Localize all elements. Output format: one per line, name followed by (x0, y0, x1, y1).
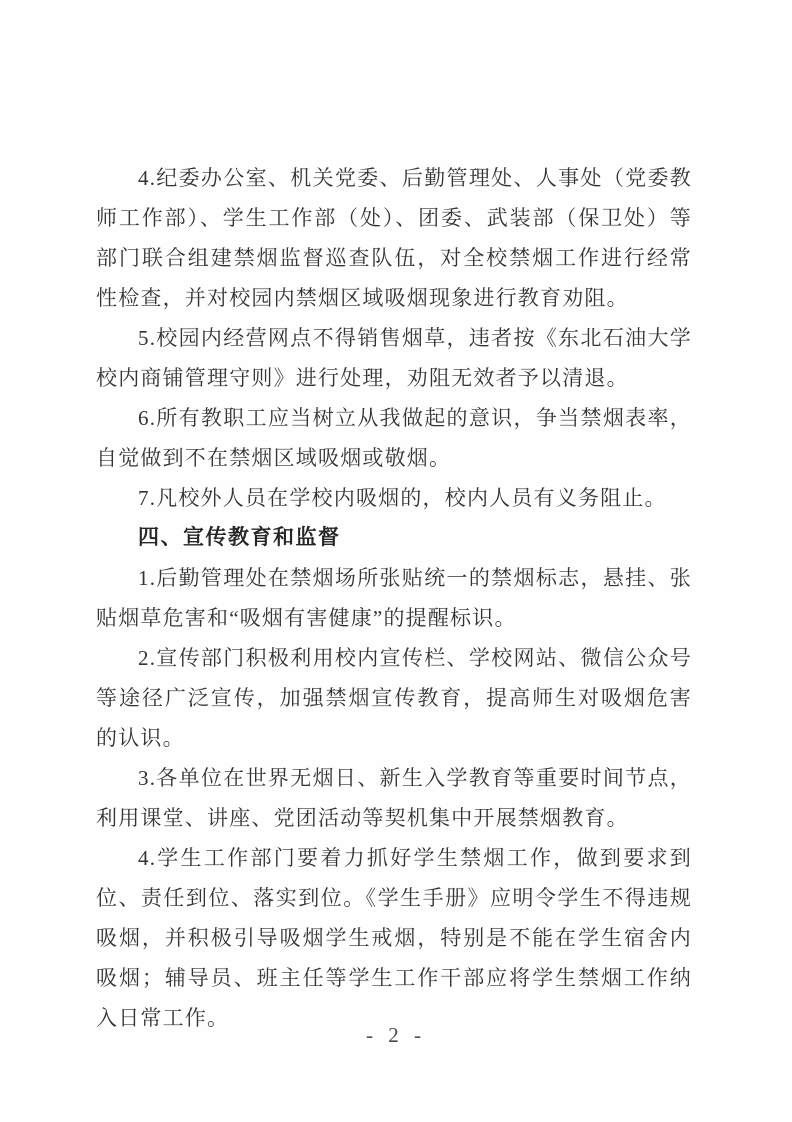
section-heading-publicity-supervision: 四、宣传教育和监督 (96, 518, 692, 558)
document-page: 4.纪委办公室、机关党委、后勤管理处、人事处（党委教师工作部）、学生工作部（处）… (0, 0, 792, 1122)
paragraph-item-6-staff: 6.所有教职工应当树立从我做起的意识，争当禁烟表率，自觉做到不在禁烟区域吸烟或敬… (96, 398, 692, 478)
paragraph-item-3-events: 3.各单位在世界无烟日、新生入学教育等重要时间节点，利用课堂、讲座、党团活动等契… (96, 758, 692, 838)
paragraph-item-7-visitors: 7.凡校外人员在学校内吸烟的，校内人员有义务阻止。 (96, 478, 692, 518)
document-body: 4.纪委办公室、机关党委、后勤管理处、人事处（党委教师工作部）、学生工作部（处）… (96, 158, 692, 1038)
paragraph-item-1-signs: 1.后勤管理处在禁烟场所张贴统一的禁烟标志，悬挂、张贴烟草危害和“吸烟有害健康”… (96, 558, 692, 638)
paragraph-item-4-students: 4.学生工作部门要着力抓好学生禁烟工作，做到要求到位、责任到位、落实到位。《学生… (96, 838, 692, 1038)
page-number: - 2 - (0, 1022, 792, 1048)
paragraph-item-5-shops: 5.校园内经营网点不得销售烟草，违者按《东北石油大学校内商铺管理守则》进行处理，… (96, 318, 692, 398)
paragraph-item-4-depts: 4.纪委办公室、机关党委、后勤管理处、人事处（党委教师工作部）、学生工作部（处）… (96, 158, 692, 318)
paragraph-item-2-publicity: 2.宣传部门积极利用校内宣传栏、学校网站、微信公众号等途径广泛宣传，加强禁烟宣传… (96, 638, 692, 758)
